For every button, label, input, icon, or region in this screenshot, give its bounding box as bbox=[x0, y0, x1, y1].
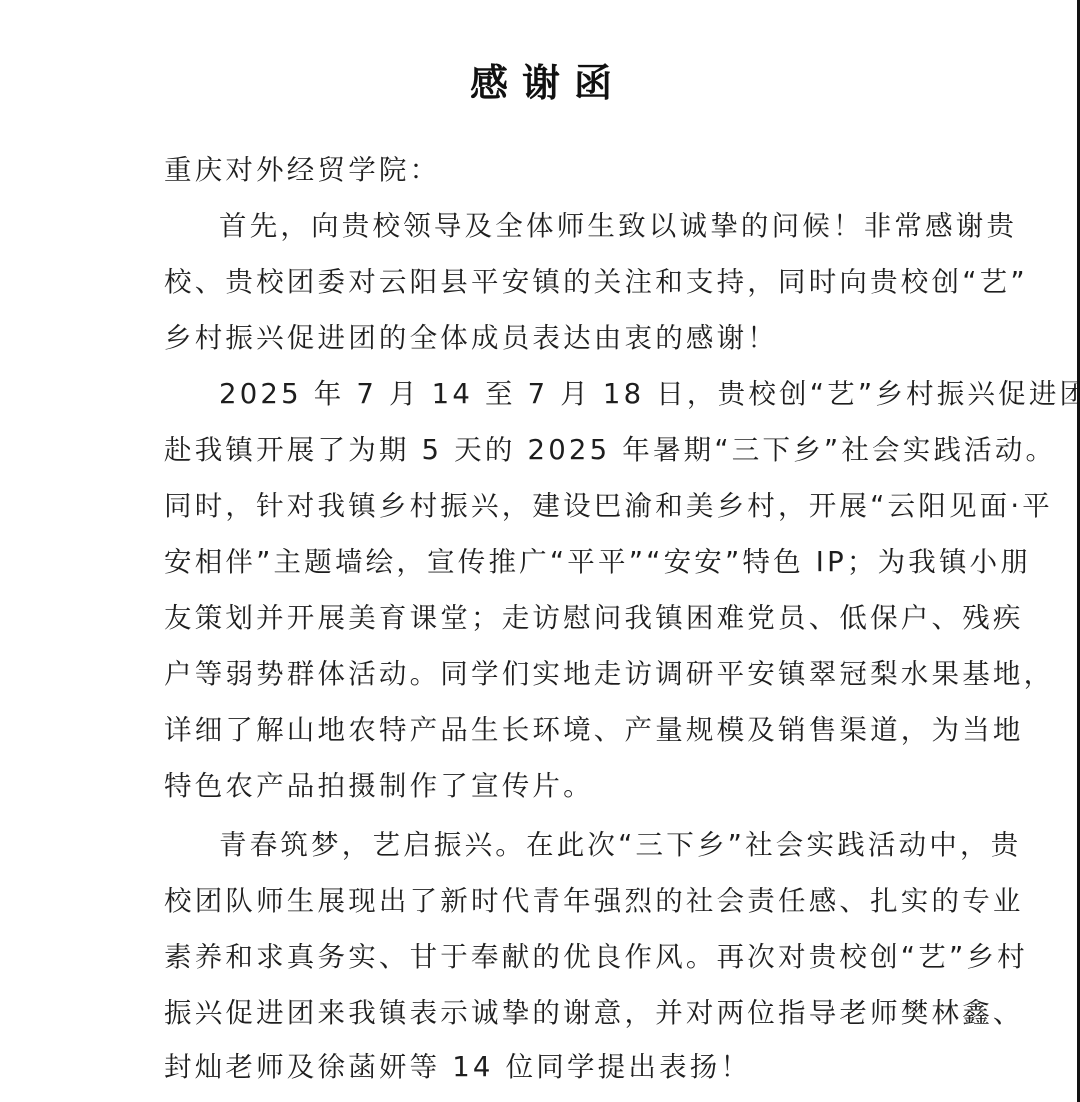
body-line: 青春筑梦，艺启振兴。在此次“三下乡”社会实践活动中，贵 bbox=[219, 828, 1021, 862]
body-line: 详细了解山地农特产品生长环境、产量规模及销售渠道，为当地 bbox=[164, 713, 1024, 747]
body-line: 赴我镇开展了为期 5 天的 2025 年暑期“三下乡”社会实践活动。 bbox=[164, 433, 1056, 467]
body-line: 振兴促进团来我镇表示诚挚的谢意，并对两位指导老师樊林鑫、 bbox=[164, 996, 1024, 1030]
body-line: 同时，针对我镇乡村振兴，建设巴渝和美乡村，开展“云阳见面·平 bbox=[164, 489, 1053, 523]
body-line: 友策划并开展美育课堂；走访慰问我镇困难党员、低保户、残疾 bbox=[164, 601, 1024, 635]
letter-page: 感谢函 重庆对外经贸学院： 首先，向贵校领导及全体师生致以诚挚的问候！非常感谢贵… bbox=[0, 0, 1076, 1102]
body-line: 校、贵校团委对云阳县平安镇的关注和支持，同时向贵校创“艺” bbox=[164, 265, 1028, 299]
body-line: 2025 年 7 月 14 至 7 月 18 日，贵校创“艺”乡村振兴促进团 bbox=[219, 377, 1080, 411]
letter-title: 感谢函 bbox=[0, 52, 1080, 107]
body-line: 特色农产品拍摄制作了宣传片。 bbox=[164, 769, 594, 803]
body-line: 安相伴”主题墙绘，宣传推广“平平”“安安”特色 IP；为我镇小朋 bbox=[164, 545, 1031, 579]
body-line: 封灿老师及徐菡妍等 14 位同学提出表扬！ bbox=[164, 1050, 751, 1084]
body-line: 素养和求真务实、甘于奉献的优良作风。再次对贵校创“艺”乡村 bbox=[164, 940, 1028, 974]
body-line: 首先，向贵校领导及全体师生致以诚挚的问候！非常感谢贵 bbox=[219, 209, 1017, 243]
body-line: 户等弱势群体活动。同学们实地走访调研平安镇翠冠梨水果基地， bbox=[164, 657, 1054, 691]
body-line: 乡村振兴促进团的全体成员表达由衷的感谢！ bbox=[164, 321, 778, 355]
body-line: 校团队师生展现出了新时代青年强烈的社会责任感、扎实的专业 bbox=[164, 884, 1024, 918]
salutation: 重庆对外经贸学院： bbox=[164, 153, 440, 187]
